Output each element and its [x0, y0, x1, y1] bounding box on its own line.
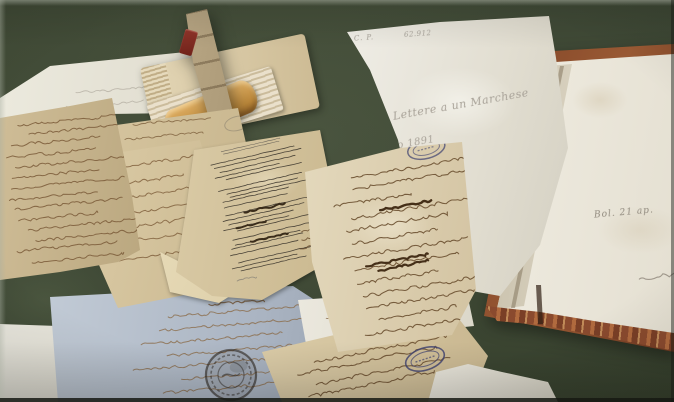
photo-edge-left — [0, 0, 6, 402]
photo-archival-manuscripts: Bol. 21 ap. 3 C. P. 62.912 Lettere a un … — [0, 0, 674, 402]
postmark-stamp-icon — [197, 341, 264, 402]
poem-number: XXIX — [230, 129, 257, 143]
photo-edge-bottom — [0, 398, 674, 402]
dense-manuscript-writing — [0, 92, 150, 284]
cover-sheet-shelfmark-right: 62.912 — [404, 29, 432, 39]
photo-edge-top — [0, 0, 674, 6]
cover-sheet-title: Lettere a un Marchese — [392, 86, 530, 123]
